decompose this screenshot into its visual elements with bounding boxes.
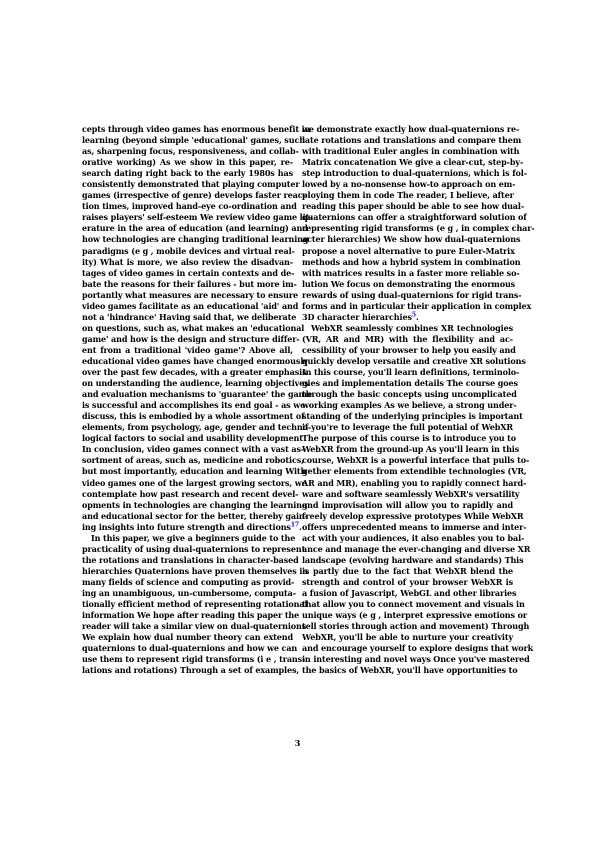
text-line: landscape (evolving hardware and standar… xyxy=(302,555,513,566)
text-line: act with your audiences, it also enables… xyxy=(302,533,513,544)
text-line: and evaluation mechanisms to 'guarantee'… xyxy=(82,389,293,400)
text-line: the rotations and translations in charac… xyxy=(82,555,293,566)
text-line: that allow you to connect movement and v… xyxy=(302,599,513,610)
text-line: lations and rotations) Through a set of … xyxy=(82,665,293,676)
text-line: sortment of areas, such as, medicine and… xyxy=(82,455,293,466)
text-line: the basics of WebXR, you'll have opportu… xyxy=(302,665,513,676)
text-line: a fusion of Javascript, WebGL and other … xyxy=(302,588,513,599)
text-line: practicality of using dual-quaternions t… xyxy=(82,544,293,555)
text-line: ing insights into future strength and di… xyxy=(82,522,291,532)
text-line: freely develop expressive prototypes Whi… xyxy=(302,511,513,522)
text-line: ance and manage the ever-changing and di… xyxy=(302,544,513,555)
text-line: and improvisation will allow you to rapi… xyxy=(302,500,513,511)
text-line: learning (beyond simple 'educational' ga… xyxy=(82,135,293,146)
text-line: cepts through video games has enormous b… xyxy=(82,124,293,135)
text-line-with-citation: ing insights into future strength and di… xyxy=(82,522,293,533)
text-line: gies and implementation details The cour… xyxy=(302,378,513,389)
paragraph-start: WebXR seamlessly combines XR technologie… xyxy=(302,323,513,334)
text-line: search dating right back to the early 19… xyxy=(82,168,293,179)
text-line: how technologies are changing traditiona… xyxy=(82,234,293,245)
text-line: (VR, AR and MR) with the flexibility and… xyxy=(302,334,513,345)
text-line: consistently demonstrated that playing c… xyxy=(82,179,293,190)
text-line: quaternions to dual-quaternions and how … xyxy=(82,643,293,654)
text-line: with matrices results in a faster more r… xyxy=(302,268,513,279)
text-line: video games one of the largest growing s… xyxy=(82,478,293,489)
text-line: and educational sector for the better, t… xyxy=(82,511,293,522)
text-line: over the past few decades, with a greate… xyxy=(82,367,293,378)
text-line: not a 'hindrance' Having said that, we d… xyxy=(82,312,293,323)
text-line: through the basic concepts using uncompl… xyxy=(302,389,513,400)
citation-link[interactable]: 17 xyxy=(291,521,299,528)
text-line: quaternions can offer a straightforward … xyxy=(302,212,513,223)
text-line: is partly due to the fact that WebXR ble… xyxy=(302,566,513,577)
text-line: acter hierarchies) We show how dual-quat… xyxy=(302,234,513,245)
text-line: late rotations and translations and comp… xyxy=(302,135,513,146)
text-line: course, WebXR is a powerful interface th… xyxy=(302,455,513,466)
text-line: standing of the underlying principles is… xyxy=(302,411,513,422)
text-line: cessibility of your browser to help you … xyxy=(302,345,513,356)
text-line: raises players' self-esteem We review vi… xyxy=(82,212,293,223)
text-line: propose a novel alternative to pure Eule… xyxy=(302,246,513,257)
text-line: orative working) As we show in this pape… xyxy=(82,157,293,168)
text-line: ploying them in code The reader, I belie… xyxy=(302,190,513,201)
text-line: gether elements from extendible technolo… xyxy=(302,466,513,477)
text-line: game' and how is the design and structur… xyxy=(82,334,293,345)
text-line: we demonstrate exactly how dual-quaterni… xyxy=(302,124,513,135)
text-line: lowed by a no-nonsense how-to approach o… xyxy=(302,179,513,190)
text-line: quickly develop versatile and creative X… xyxy=(302,356,513,367)
text-line: In conclusion, video games connect with … xyxy=(82,444,293,455)
text-line: Matrix concatenation We give a clear-cut… xyxy=(302,157,513,168)
text-line: ity) What is more, we also review the di… xyxy=(82,257,293,268)
text-line: representing rigid transforms (e g , in … xyxy=(302,223,513,234)
text-line: step introduction to dual-quaternions, w… xyxy=(302,168,513,179)
text-line: reader will take a similar view on dual-… xyxy=(82,621,293,632)
text-line: reading this paper should be able to see… xyxy=(302,201,513,212)
text-line: logical factors to social and usability … xyxy=(82,433,293,444)
text-line: offers unprecedented means to immerse an… xyxy=(302,522,513,533)
text-line: working examples As we believe, a strong… xyxy=(302,400,513,411)
text-line: 3D character hierarchies xyxy=(302,312,412,322)
punctuation: . xyxy=(416,312,419,322)
text-line: tell stories through action and movement… xyxy=(302,621,513,632)
text-line: with traditional Euler angles in combina… xyxy=(302,146,513,157)
text-line: many fields of science and computing as … xyxy=(82,577,293,588)
page-number: 3 xyxy=(0,739,595,749)
text-line: discuss, this is embodied by a whole ass… xyxy=(82,411,293,422)
right-column: we demonstrate exactly how dual-quaterni… xyxy=(302,124,513,676)
text-line: lution We focus on demonstrating the eno… xyxy=(302,279,513,290)
text-line: tages of video games in certain contexts… xyxy=(82,268,293,279)
text-line: is successful and accomplishes its end g… xyxy=(82,400,293,411)
text-line: tion times, improved hand-eye co-ordinat… xyxy=(82,201,293,212)
text-line: methods and how a hybrid system in combi… xyxy=(302,257,513,268)
text-line: elements, from psychology, age, gender a… xyxy=(82,422,293,433)
text-line: video games facilitate as an educational… xyxy=(82,301,293,312)
text-line: opments in technologies are changing the… xyxy=(82,500,293,511)
text-line: ing an unambiguous, un-cumbersome, compu… xyxy=(82,588,293,599)
text-line: ent from a traditional 'video game'? Abo… xyxy=(82,345,293,356)
left-column: cepts through video games has enormous b… xyxy=(82,124,293,676)
text-line-with-citation: 3D character hierarchies5. xyxy=(302,312,513,323)
text-line: bate the reasons for their failures - bu… xyxy=(82,279,293,290)
text-line: in interesting and novel ways Once you'v… xyxy=(302,654,513,665)
text-line: use them to represent rigid transforms (… xyxy=(82,654,293,665)
text-line: rewards of using dual-quaternions for ri… xyxy=(302,290,513,301)
text-line: strength and control of your browser Web… xyxy=(302,577,513,588)
text-line: information We hope after reading this p… xyxy=(82,610,293,621)
text-line: contemplate how past research and recent… xyxy=(82,489,293,500)
text-line: on understanding the audience, learning … xyxy=(82,378,293,389)
text-line: WebXR from the ground-up As you'll learn… xyxy=(302,444,513,455)
text-line: ware and software seamlessly WebXR's ver… xyxy=(302,489,513,500)
text-line: if you're to leverage the full potential… xyxy=(302,422,513,433)
text-line: In this course, you'll learn definitions… xyxy=(302,367,513,378)
text-line: unique ways (e g , interpret expressive … xyxy=(302,610,513,621)
text-line: as, sharpening focus, responsiveness, an… xyxy=(82,146,293,157)
text-line: paradigms (e g , mobile devices and virt… xyxy=(82,246,293,257)
text-line: games (irrespective of genre) develops f… xyxy=(82,190,293,201)
text-line: forms and in particular their applicatio… xyxy=(302,301,513,312)
text-line: but most importantly, education and lear… xyxy=(82,466,293,477)
text-line: portantly what measures are necessary to… xyxy=(82,290,293,301)
text-line: The purpose of this course is to introdu… xyxy=(302,433,513,444)
text-line: WebXR, you'll be able to nurture your cr… xyxy=(302,632,513,643)
document-page: cepts through video games has enormous b… xyxy=(0,0,595,842)
text-line: erature in the area of education (and le… xyxy=(82,223,293,234)
text-line: hierarchies Quaternions have proven them… xyxy=(82,566,293,577)
text-line: and encourage yourself to explore design… xyxy=(302,643,513,654)
text-line: educational video games have changed eno… xyxy=(82,356,293,367)
text-line: AR and MR), enabling you to rapidly conn… xyxy=(302,478,513,489)
text-line: tionally efficient method of representin… xyxy=(82,599,293,610)
text-line: We explain how dual number theory can ex… xyxy=(82,632,293,643)
text-line: on questions, such as, what makes an 'ed… xyxy=(82,323,293,334)
paragraph-start: In this paper, we give a beginners guide… xyxy=(82,533,293,544)
